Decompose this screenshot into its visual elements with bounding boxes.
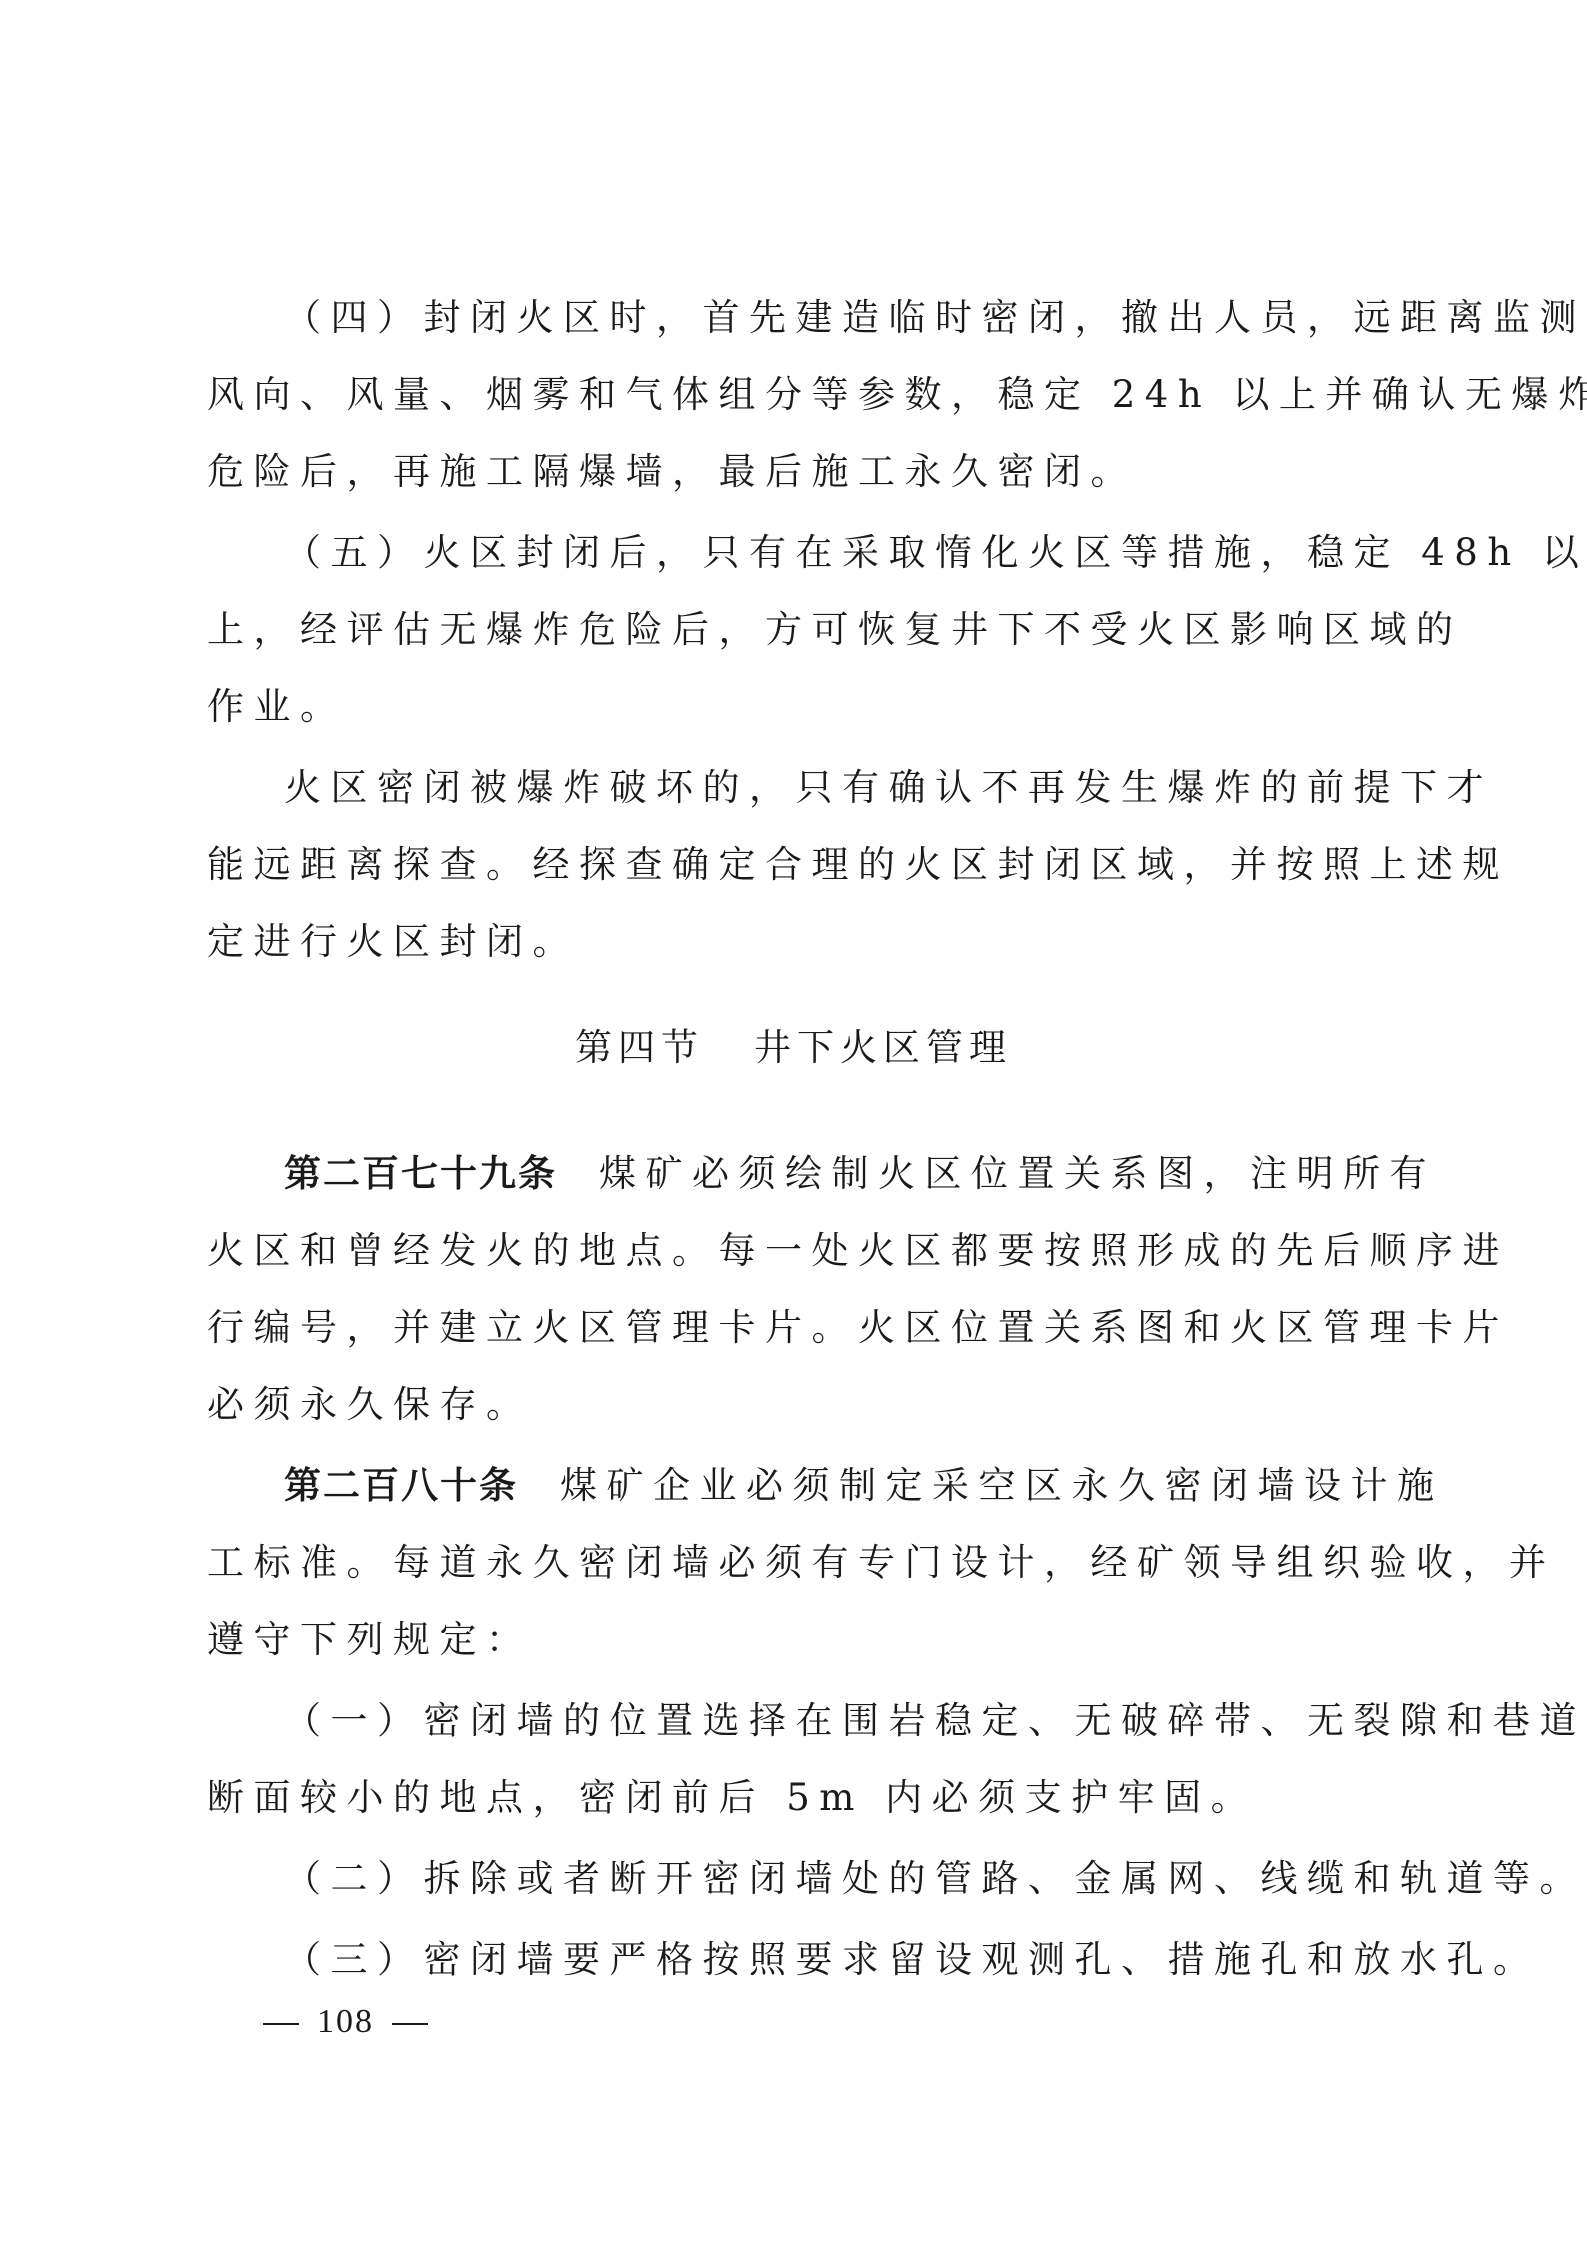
article-280-number: 第二百八十条 [284,1464,518,1507]
article-280-item-1-line-2: 断面较小的地点，密闭前后 5m 内必须支护牢固。 [207,1772,1387,1824]
article-280-text-1: 煤矿企业必须制定采空区永久密闭墙设计施 [560,1464,1444,1507]
article-280-item-3-line-1: （三）密闭墙要严格按照要求留设观测孔、措施孔和放水孔。 [284,1934,1387,1986]
section-title-text: 井下火区管理 [754,1026,1012,1069]
paragraph-item-5-line-3: 作业。 [207,681,1387,733]
article-279-text-1: 煤矿必须绘制火区位置关系图，注明所有 [599,1152,1436,1195]
paragraph-item-5-line-2: 上，经评估无爆炸危险后，方可恢复井下不受火区影响区域的 [207,604,1387,656]
paragraph-item-4-line-3: 危险后，再施工隔爆墙，最后施工永久密闭。 [207,446,1387,498]
article-279-line-4: 必须永久保存。 [207,1379,1387,1431]
paragraph-explosion-line-2: 能远距离探查。经探查确定合理的火区封闭区域，并按照上述规 [207,839,1387,891]
article-280-line-2: 工标准。每道永久密闭墙必须有专门设计，经矿领导组织验收，并 [207,1537,1387,1589]
paragraph-item-5-line-1: （五）火区封闭后，只有在采取惰化火区等措施，稳定 48h 以 [284,527,1387,579]
paragraph-explosion-line-3: 定进行火区封闭。 [207,916,1387,968]
article-279-line-1: 第二百七十九条煤矿必须绘制火区位置关系图，注明所有 [284,1148,1387,1200]
document-page: （四）封闭火区时，首先建造临时密闭，撤出人员，远距离监测 风向、风量、烟雾和气体… [0,0,1587,2245]
page-number: 108 [245,2000,446,2044]
article-280-item-2-line-1: （二）拆除或者断开密闭墙处的管路、金属网、线缆和轨道等。 [284,1853,1387,1905]
page-number-right-dash [392,2023,428,2025]
article-280-line-3: 遵守下列规定： [207,1614,1387,1666]
section-heading: 第四节井下火区管理 [0,1022,1587,1074]
article-279-number: 第二百七十九条 [284,1152,557,1195]
paragraph-explosion-line-1: 火区密闭被爆炸破坏的，只有确认不再发生爆炸的前提下才 [284,762,1387,814]
article-280-line-1: 第二百八十条煤矿企业必须制定采空区永久密闭墙设计施 [284,1460,1387,1512]
section-number: 第四节 [575,1026,704,1069]
paragraph-item-4-line-1: （四）封闭火区时，首先建造临时密闭，撤出人员，远距离监测 [284,292,1387,344]
page-number-left-dash [263,2023,299,2025]
article-280-item-1-line-1: （一）密闭墙的位置选择在围岩稳定、无破碎带、无裂隙和巷道 [284,1695,1387,1747]
paragraph-item-4-line-2: 风向、风量、烟雾和气体组分等参数，稳定 24h 以上并确认无爆炸 [207,369,1387,421]
page-number-value: 108 [317,2003,374,2040]
article-279-line-2: 火区和曾经发火的地点。每一处火区都要按照形成的先后顺序进 [207,1225,1387,1277]
article-279-line-3: 行编号，并建立火区管理卡片。火区位置关系图和火区管理卡片 [207,1302,1387,1354]
